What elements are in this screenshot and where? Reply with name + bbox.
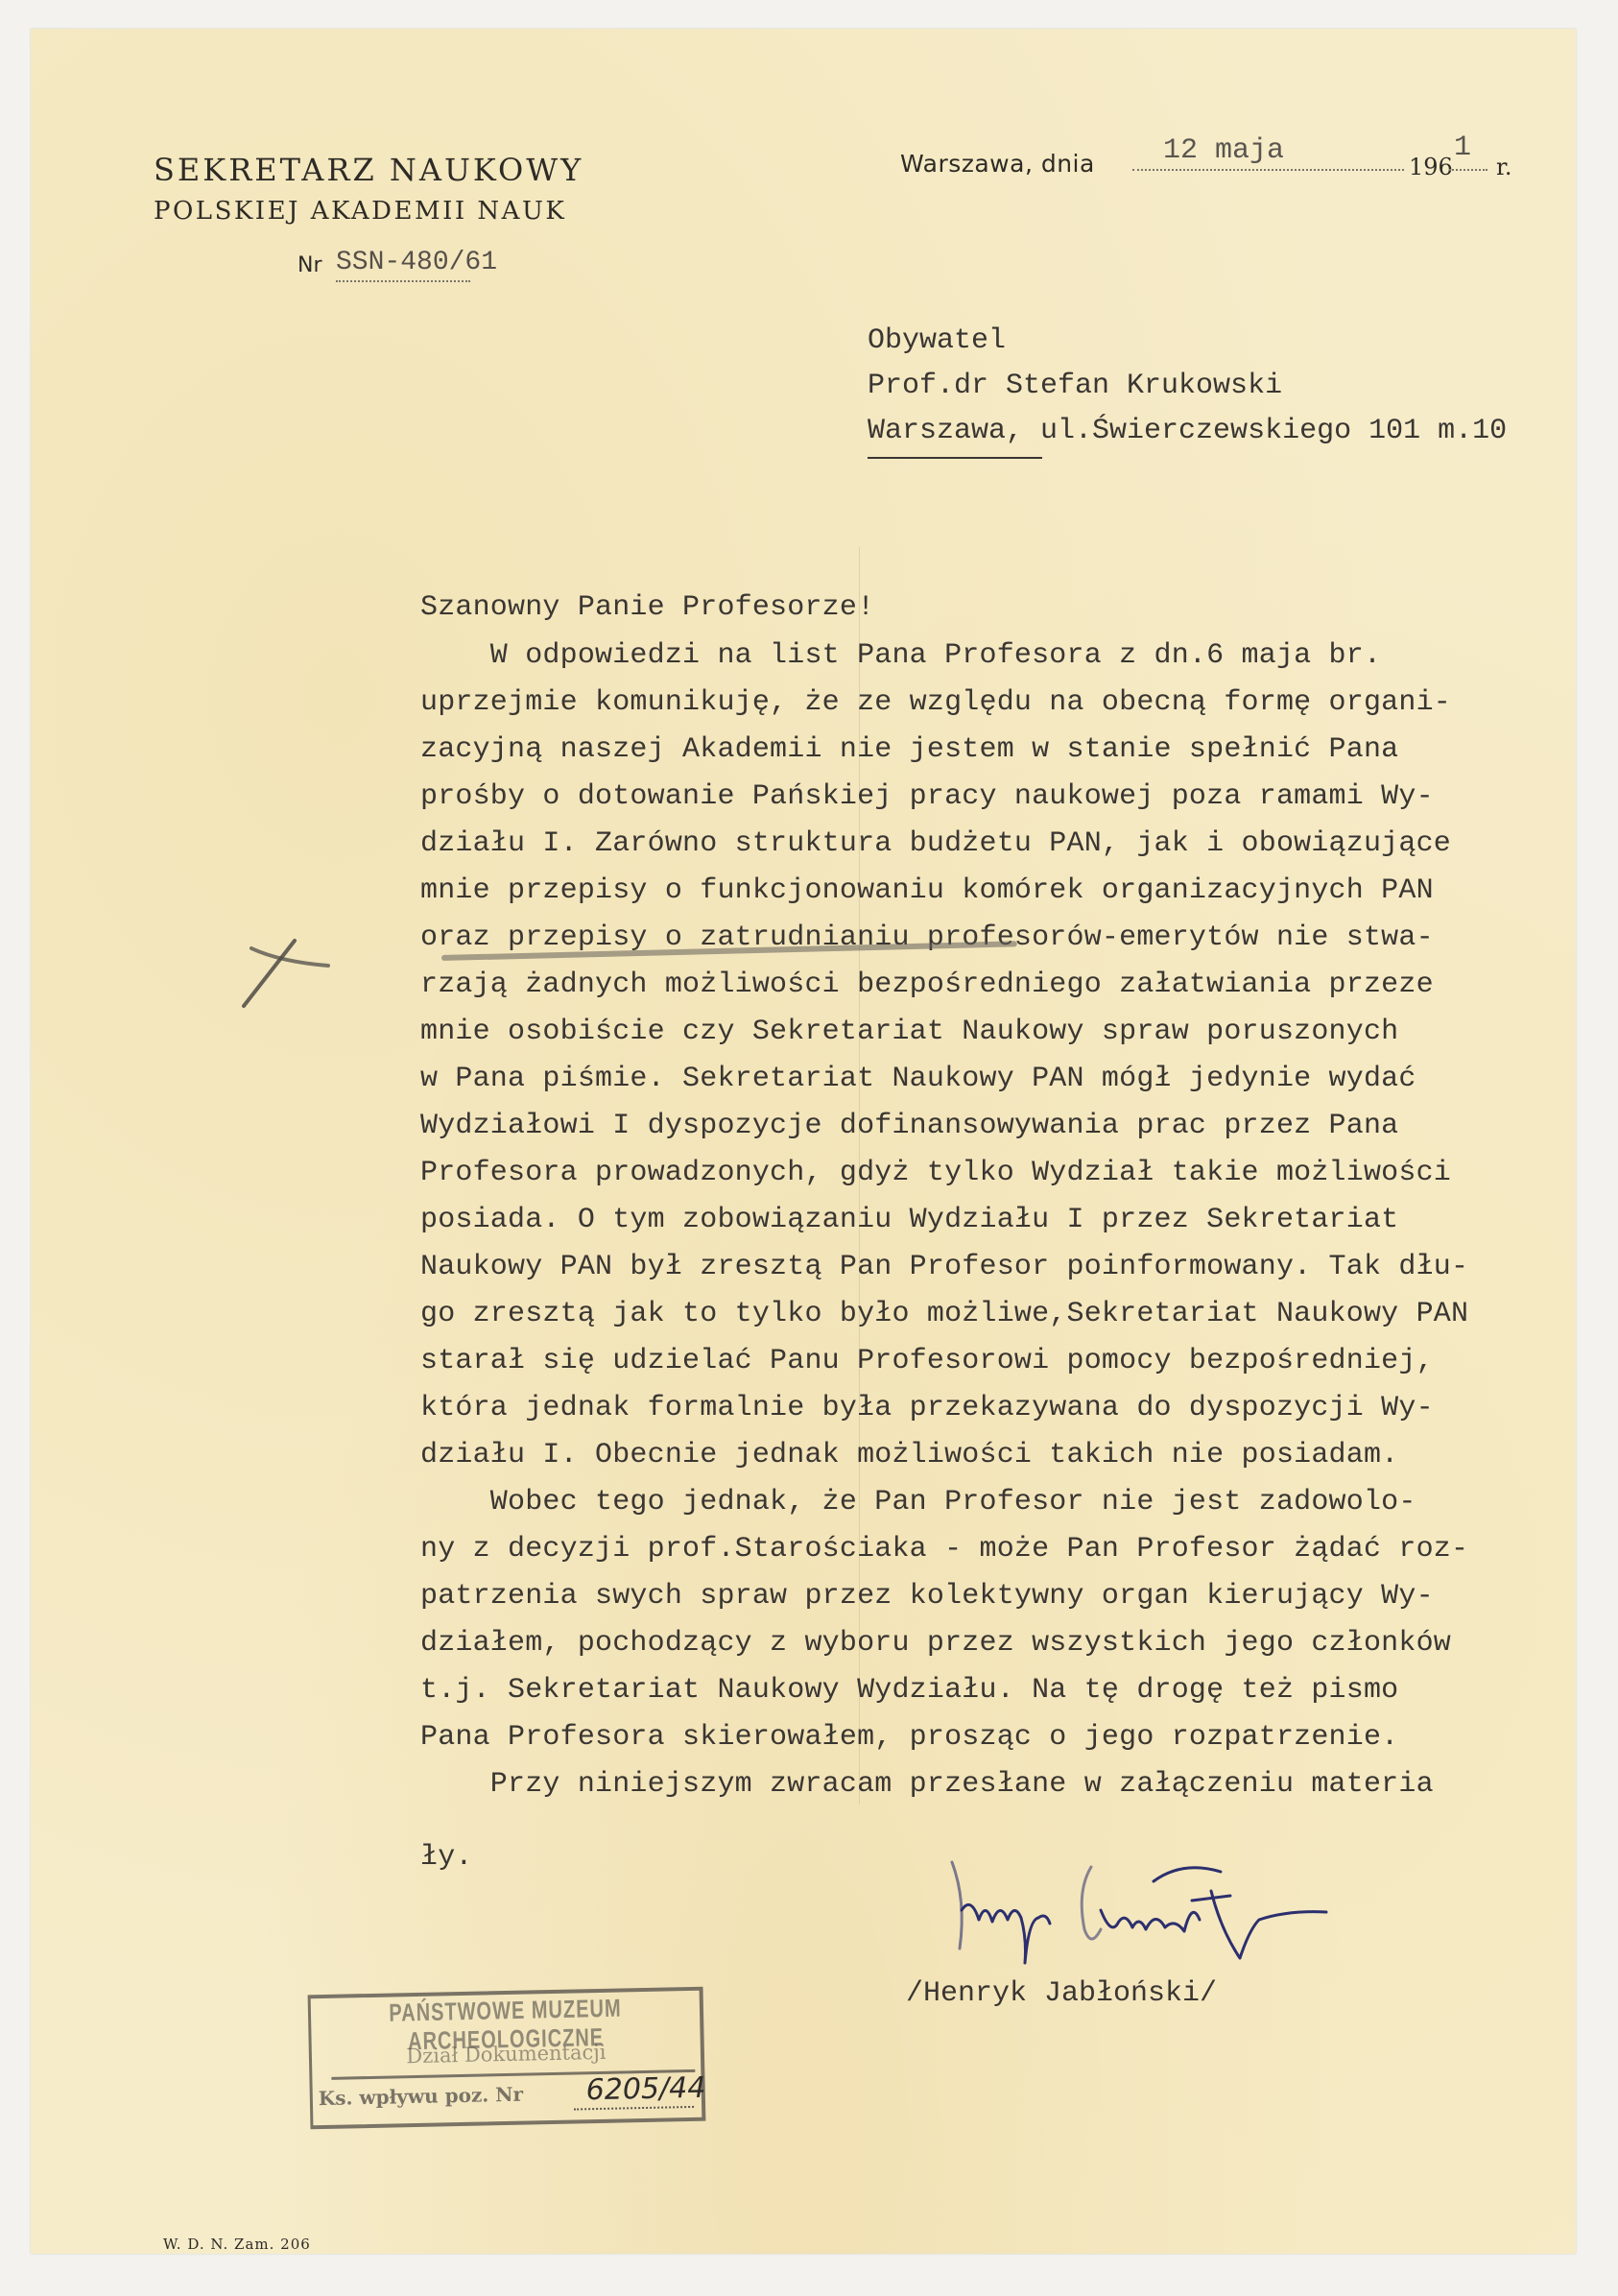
body-line: działu I. Zarówno struktura budżetu PAN,… (420, 827, 1451, 860)
stamp-register-number: 6205/44 (585, 2071, 705, 2108)
body-line: go zresztą jak to tylko było możliwe,Sek… (420, 1298, 1468, 1330)
body-line: Profesora prowadzonych, gdyż tylko Wydzi… (420, 1157, 1451, 1189)
body-line: działem, pochodzący z wyboru przez wszys… (420, 1627, 1451, 1660)
reference-number: SSN-480/61 (336, 248, 497, 277)
city-underline (868, 457, 1042, 459)
body-line: działu I. Obecnie jednak możliwości taki… (420, 1439, 1398, 1471)
recipient-title: Obywatel (868, 324, 1006, 357)
recipient-name: Prof.dr Stefan Krukowski (868, 370, 1282, 402)
letterhead-subtitle: POLSKIEJ AKADEMII NAUK (154, 197, 566, 226)
body-line: uprzejmie komunikuję, że ze względu na o… (420, 686, 1451, 719)
salutation: Szanowny Panie Profesorze! (420, 591, 874, 624)
date-dotted-line (1132, 169, 1404, 171)
body-line: mnie osobiście czy Sekretariat Naukowy s… (420, 1016, 1398, 1048)
body-line: mnie przepisy o funkcjonowaniu komórek o… (420, 874, 1434, 907)
year-dotted-line (1449, 169, 1487, 171)
body-line: prośby o dotowanie Pańskiej pracy naukow… (420, 780, 1434, 813)
signatory-name: /Henryk Jabłoński/ (906, 1977, 1217, 2010)
year-prefix: 196 (1409, 154, 1453, 180)
body-line: rzają żadnych możliwości bezpośredniego … (420, 969, 1434, 1001)
year-fill: 1 (1454, 132, 1471, 164)
letterhead-title: SEKRETARZ NAUKOWY (154, 152, 583, 188)
pencil-x-mark-icon (232, 931, 338, 1017)
body-line: zacyjną naszej Akademii nie jestem w sta… (420, 733, 1398, 766)
place-label: Warszawa, dnia (900, 150, 1095, 178)
year-suffix: r. (1496, 154, 1511, 180)
recipient-address: Warszawa, ul.Świerczewskiego 101 m.10 (868, 415, 1507, 447)
reference-number-dotted-line (336, 280, 470, 282)
stamp-register-label: Ks. wpływu poz. Nr (319, 2083, 524, 2110)
body-line: ny z decyzji prof.Starościaka - może Pan… (420, 1533, 1468, 1566)
body-line: starał się udzielać Panu Profesorowi pom… (420, 1345, 1434, 1377)
print-code: W. D. N. Zam. 206 (163, 2236, 311, 2253)
body-line: t.j. Sekretariat Naukowy Wydziału. Na tę… (420, 1674, 1398, 1707)
body-line: w Pana piśmie. Sekretariat Naukowy PAN m… (420, 1063, 1416, 1095)
body-line: W odpowiedzi na list Pana Profesora z dn… (420, 639, 1381, 672)
reference-number-label: Nr (297, 253, 322, 277)
body-line: ły. (420, 1841, 473, 1874)
letter-page: SEKRETARZ NAUKOWY POLSKIEJ AKADEMII NAUK… (31, 29, 1576, 2254)
body-line: Pana Profesora skierowałem, prosząc o je… (420, 1721, 1398, 1754)
body-line: Przy niniejszym zwracam przesłane w załą… (420, 1768, 1434, 1801)
archive-stamp: PAŃSTWOWE MUZEUM ARCHEOLOGICZNE Dział Do… (308, 1987, 706, 2130)
body-line: posiada. O tym zobowiązaniu Wydziału I p… (420, 1204, 1398, 1236)
body-line: Wobec tego jednak, że Pan Profesor nie j… (420, 1486, 1416, 1519)
date-value: 12 maja (1163, 134, 1284, 167)
body-line: patrzenia swych spraw przez kolektywny o… (420, 1580, 1434, 1613)
body-line: Naukowy PAN był zresztą Pan Profesor poi… (420, 1251, 1468, 1283)
body-line: oraz przepisy o zatrudnianiu profesorów-… (420, 921, 1434, 954)
body-line: Wydziałowi I dyspozycje dofinansowywania… (420, 1110, 1398, 1142)
body-line: która jednak formalnie była przekazywana… (420, 1392, 1434, 1424)
handwritten-signature-icon (933, 1843, 1355, 1977)
